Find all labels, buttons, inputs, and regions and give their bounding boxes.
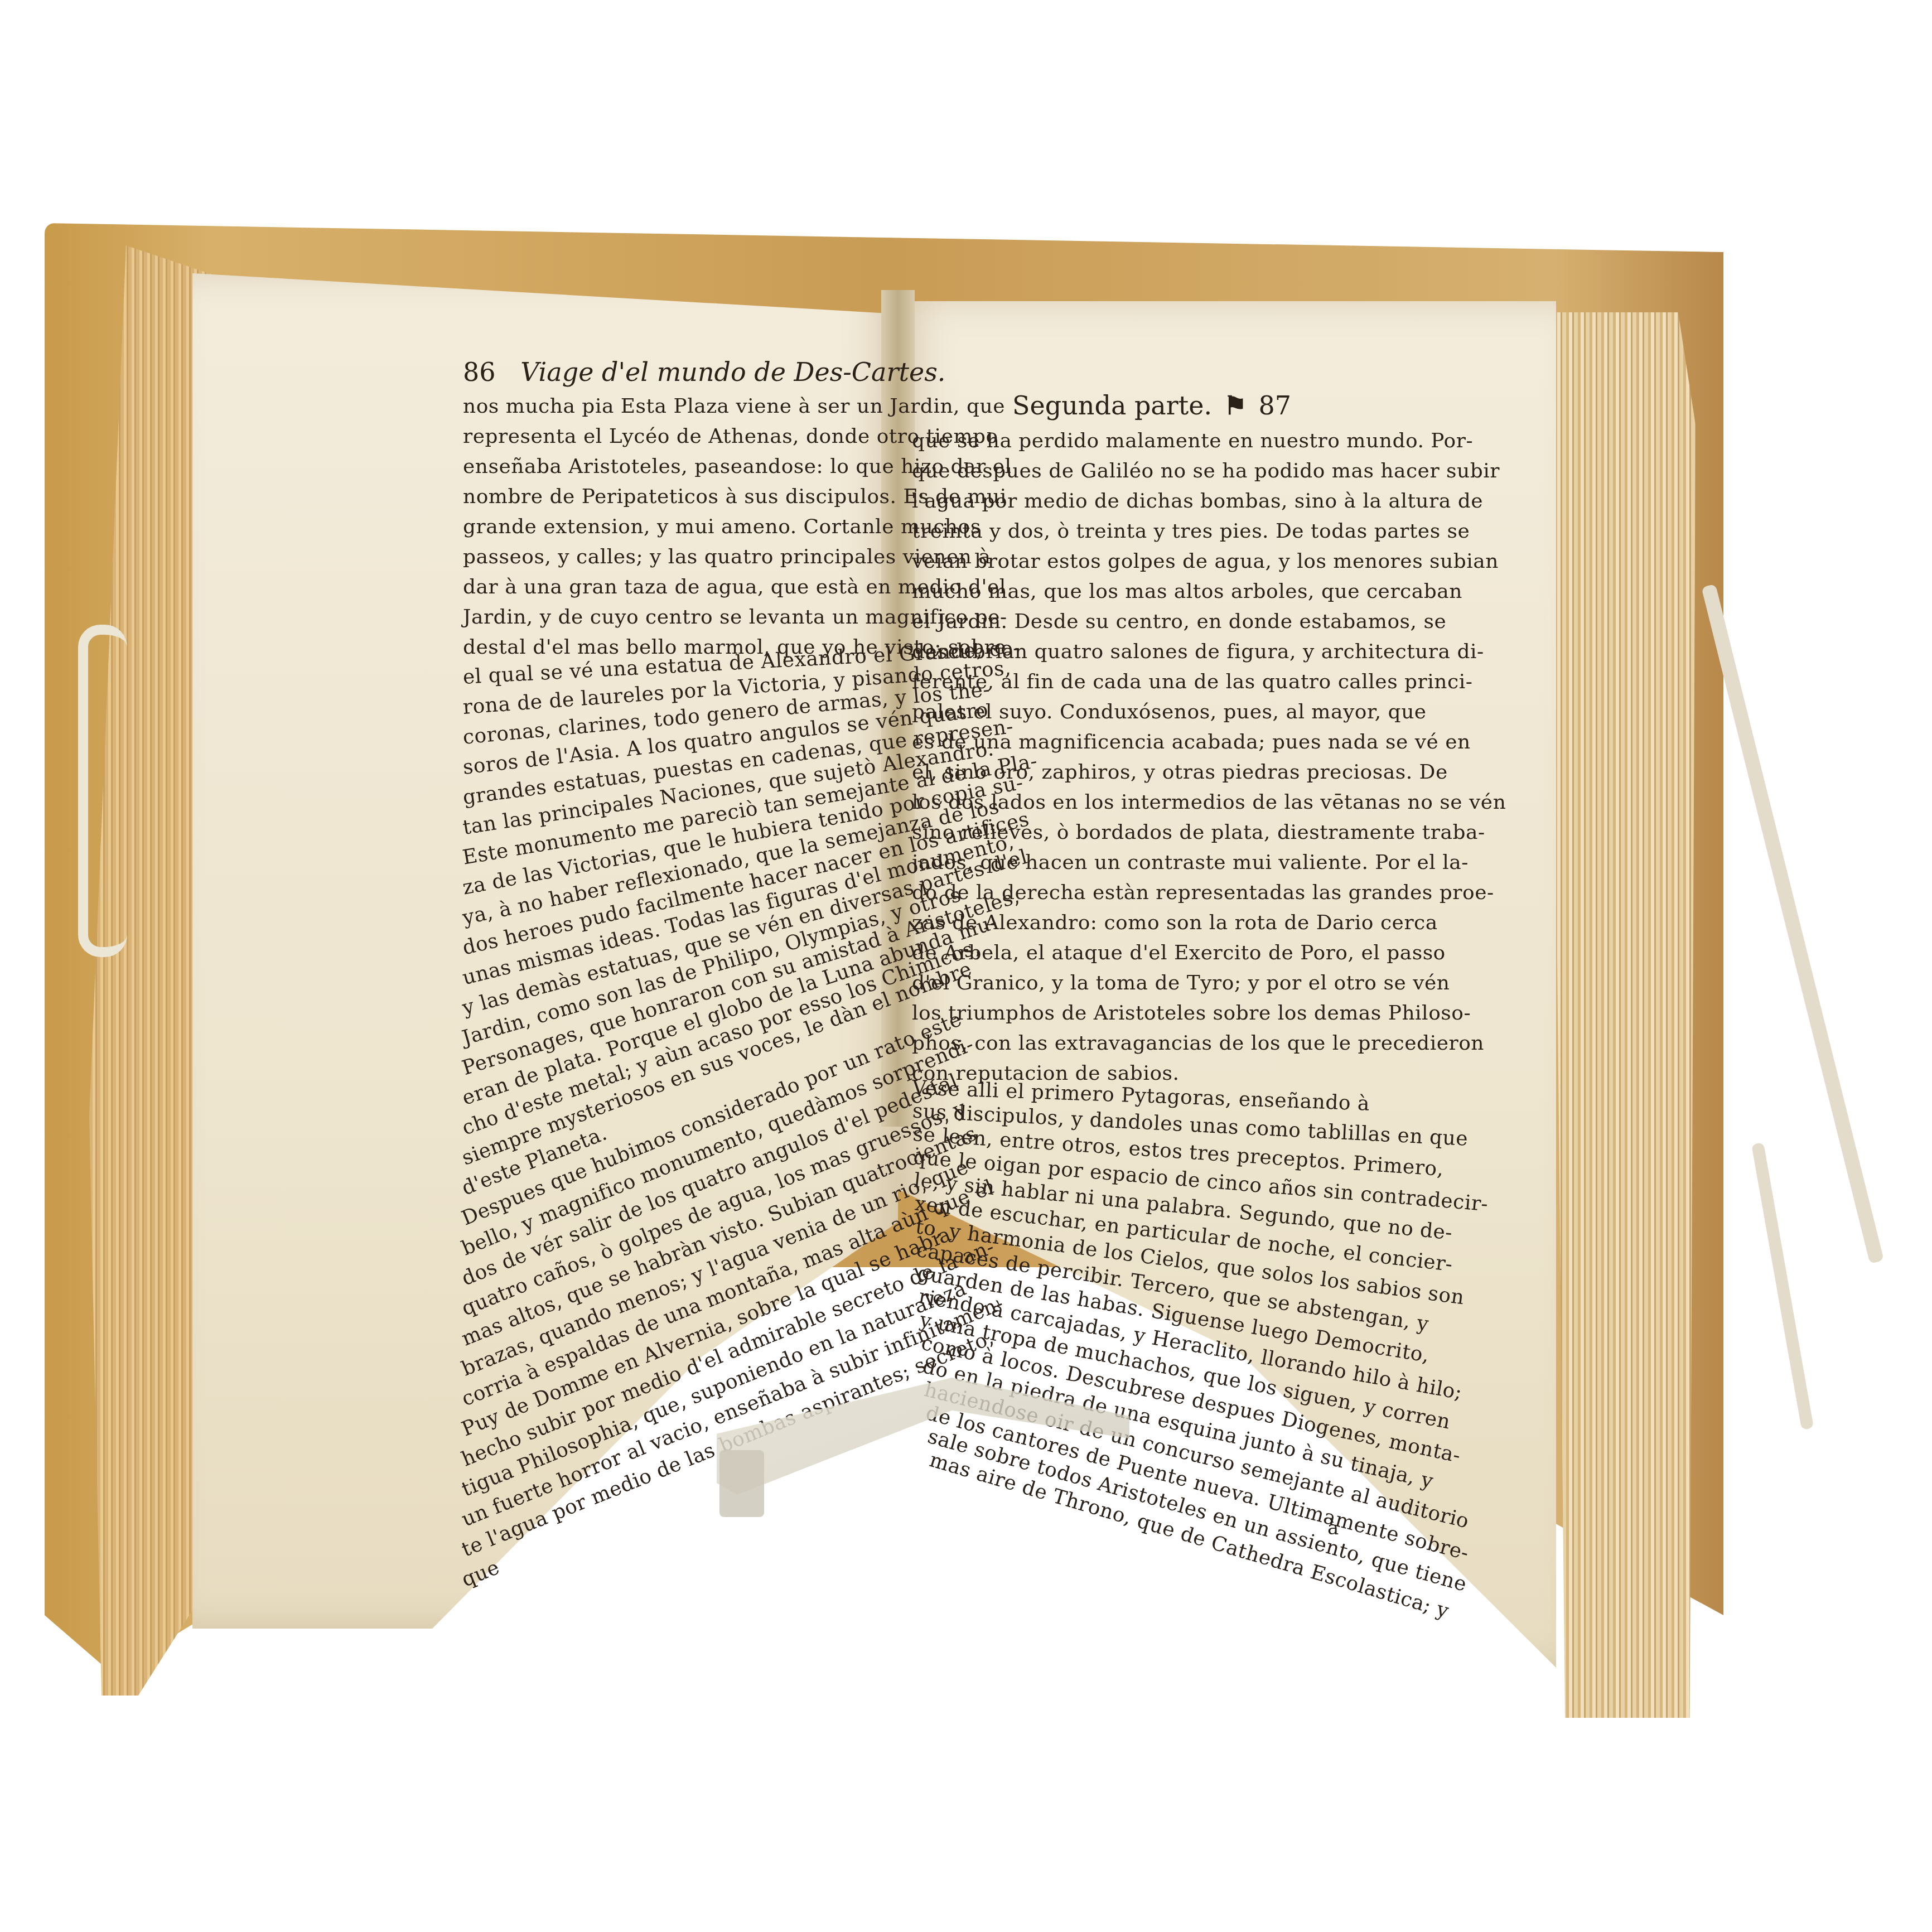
text-line: de Arbela, el ataque d'el Exercito de Po…	[912, 938, 1358, 968]
text-line: dar à una gran taza de agua, que està en…	[463, 572, 887, 602]
acrylic-stand-edge	[719, 1450, 764, 1517]
right-page-text: Segunda parte. ⚑ 87 que se ha perdido ma…	[912, 390, 1358, 1601]
right-running-head: Segunda parte. ⚑ 87	[912, 390, 1358, 421]
right-running-title: Segunda parte.	[1012, 390, 1212, 421]
text-line: ferente, al fin de cada una de las quatr…	[912, 667, 1358, 697]
text-line: representa el Lycéo de Athenas, donde ot…	[463, 422, 887, 452]
text-line: enseñaba Aristoteles, paseandose: lo que…	[463, 452, 887, 482]
text-line: nos mucha pia Esta Plaza viene à ser un …	[463, 392, 887, 422]
text-line: l'agua por medio de dichas bombas, sino …	[912, 486, 1358, 516]
text-line: él, sino oro, zaphiros, y otras piedras …	[912, 757, 1358, 788]
right-page-edges	[1551, 312, 1696, 1718]
left-running-title: Viage d'el mundo de Des-Cartes.	[520, 357, 945, 387]
text-line: sino relieves, ò bordados de plata, dies…	[912, 818, 1358, 848]
text-line: descubrian quatro salones de figura, y a…	[912, 637, 1358, 667]
text-line: jados, que hacen un contraste mui valien…	[912, 848, 1358, 878]
text-line: d'el Granico, y la toma de Tyro; y por e…	[912, 968, 1358, 998]
text-line: zas de Alexandro: como son la rota de Da…	[912, 908, 1358, 938]
text-line: mucho mas, que los mas altos arboles, qu…	[912, 577, 1358, 607]
right-cloth-tie-end	[1751, 1142, 1814, 1430]
book-photo: 86 Viage d'el mundo de Des-Cartes. nos m…	[0, 0, 1932, 1932]
text-line: passeos, y calles; y las quatro principa…	[463, 542, 887, 572]
right-page-number: 87	[1258, 390, 1291, 421]
text-line: grande extension, y mui ameno. Cortanle …	[463, 512, 887, 542]
text-line: es de una magnificencia acabada; pues na…	[912, 727, 1358, 757]
text-line: los dos lados en los intermedios de las …	[912, 788, 1358, 818]
text-line: do de la derecha estàn representadas las…	[912, 878, 1358, 908]
text-line: veian brotar estos golpes de agua, y los…	[912, 547, 1358, 577]
text-line: que despues de Galiléo no se ha podido m…	[912, 456, 1358, 486]
text-line: Jardin, y de cuyo centro se levanta un m…	[463, 602, 887, 632]
catchword: à	[1327, 1517, 1339, 1539]
text-line: que se ha perdido malamente en nuestro m…	[912, 426, 1358, 456]
left-cloth-tie	[78, 625, 127, 957]
right-text-lines: que se ha perdido malamente en nuestro m…	[912, 426, 1358, 1601]
right-cloth-tie	[1701, 584, 1884, 1264]
left-page-number: 86	[463, 357, 496, 387]
printers-mark-icon: ⚑	[1224, 390, 1247, 421]
text-line: treinta y dos, ò treinta y tres pies. De…	[912, 516, 1358, 547]
text-line: pales el suyo. Conduxósenos, pues, al ma…	[912, 697, 1358, 727]
text-line: nombre de Peripateticos à sus discipulos…	[463, 482, 887, 512]
left-running-head: 86 Viage d'el mundo de Des-Cartes.	[463, 357, 887, 387]
text-line: los triumphos de Aristoteles sobre los d…	[912, 998, 1358, 1028]
text-line: el Jardin. Desde su centro, en donde est…	[912, 607, 1358, 637]
text-line: phos, con las extravagancias de los que …	[912, 1028, 1358, 1059]
